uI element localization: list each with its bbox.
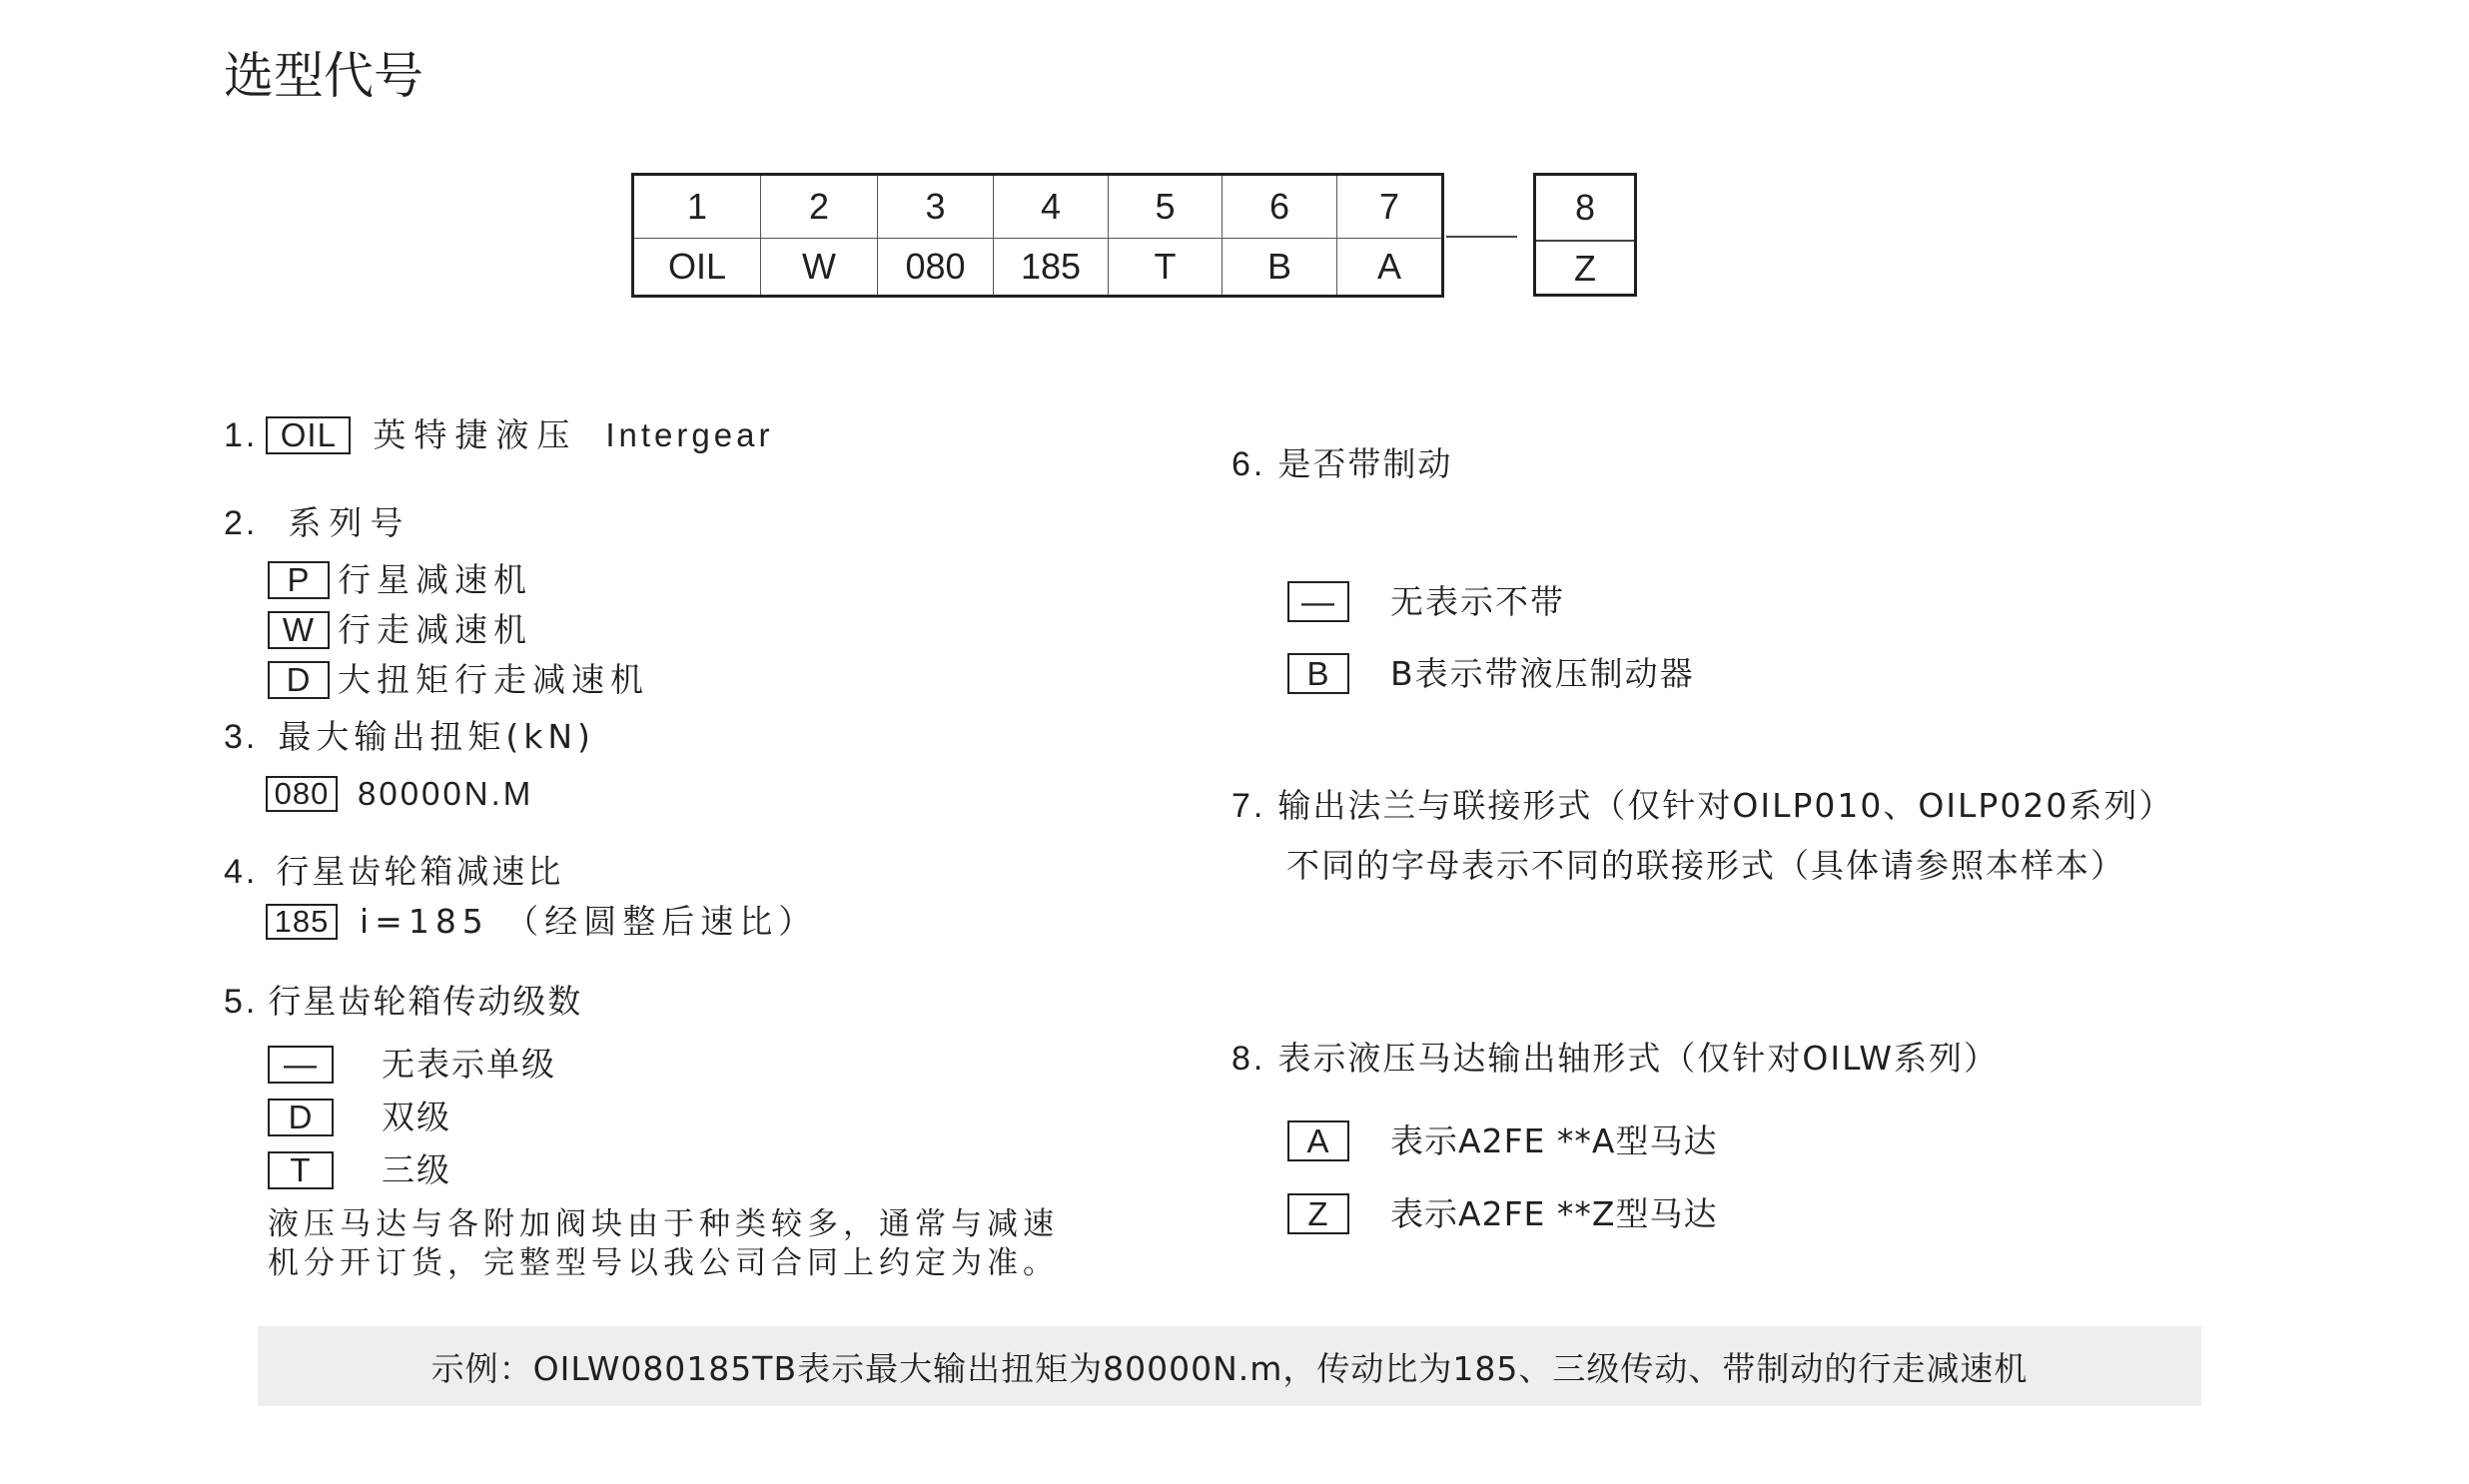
item-text: 不同的字母表示不同的联接形式（具体请参照本样本）	[1286, 846, 2125, 886]
option-row: D 双级	[268, 1098, 451, 1137]
item-number: 8.	[1232, 1039, 1265, 1079]
value-cell: B	[1223, 239, 1337, 297]
brand-name: Intergear	[605, 415, 773, 455]
item-label: 输出法兰与联接形式（仅针对OILP010、OILP020系列）	[1277, 786, 2173, 826]
value-cell: OIL	[633, 239, 761, 297]
code-box: B	[1287, 653, 1349, 694]
option-text: 80000N.M	[358, 774, 533, 814]
option-row: Z 表示A2FE **Z型马达	[1287, 1193, 1718, 1234]
item-label: 行星齿轮箱传动级数	[268, 982, 582, 1022]
option-text: 三级	[382, 1150, 451, 1190]
note-line: 机分开订货，完整型号以我公司合同上约定为准。	[268, 1244, 1059, 1283]
code-box: T	[268, 1151, 334, 1189]
option-text: 无表示不带	[1390, 582, 1565, 622]
option-row: T 三级	[268, 1150, 451, 1190]
item-label: 表示液压马达输出轴形式（仅针对OILW系列）	[1277, 1039, 1999, 1079]
position-cell: 6	[1223, 175, 1337, 239]
item-number: 2.	[224, 503, 258, 543]
code-box: OIL	[266, 416, 351, 454]
item-text: 英特捷液压	[373, 415, 577, 455]
option-row: D 大扭矩行走减速机	[268, 660, 649, 700]
item-8: 8. 表示液压马达输出轴形式（仅针对OILW系列）	[1232, 1039, 1999, 1079]
note-line: 液压马达与各附加阀块由于种类较多，通常与减速	[268, 1205, 1059, 1244]
code-box: A	[1287, 1120, 1349, 1161]
position-cell: 5	[1109, 175, 1223, 239]
code-box: D	[268, 661, 330, 699]
example-text: 示例：OILW080185TB表示最大输出扭矩为80000N.m，传动比为185…	[431, 1343, 2029, 1390]
value-cell: Z	[1536, 242, 1634, 296]
option-row: W 行走减速机	[268, 610, 532, 650]
option-row: 080 80000N.M	[266, 774, 533, 814]
option-text: 表示A2FE **A型马达	[1390, 1121, 1717, 1161]
item-3: 3. 最大输出扭矩(kN)	[224, 717, 595, 757]
item-6: 6. 是否带制动	[1232, 444, 1452, 484]
item-2: 2. 系列号	[224, 503, 411, 543]
option-text: 无表示单级	[382, 1045, 556, 1085]
item-number: 3.	[224, 717, 258, 757]
separator-dash	[1446, 236, 1517, 238]
option-row: — 无表示单级	[268, 1045, 556, 1085]
option-text: 表示A2FE **Z型马达	[1390, 1194, 1718, 1234]
option-row: A 表示A2FE **A型马达	[1287, 1120, 1717, 1161]
position-cell: 7	[1337, 175, 1443, 239]
option-text: 大扭矩行走减速机	[338, 660, 649, 700]
code-box: —	[268, 1046, 334, 1084]
value-row: OIL W 080 185 T B A	[633, 239, 1443, 297]
item-number: 4.	[224, 852, 258, 892]
option-text: 双级	[382, 1098, 451, 1137]
extra-code-box: 8 Z	[1533, 173, 1637, 297]
option-row: B B表示带液压制动器	[1287, 653, 1695, 694]
code-box: 080	[266, 776, 338, 812]
position-cell: 8	[1536, 176, 1634, 242]
item-label: 系列号	[288, 503, 411, 543]
option-row: P 行星减速机	[268, 560, 532, 600]
code-box: —	[1287, 581, 1349, 622]
item-label: 行星齿轮箱减速比	[276, 852, 563, 892]
value-cell: T	[1109, 239, 1223, 297]
item-number: 6.	[1232, 444, 1265, 484]
item-7: 7. 输出法兰与联接形式（仅针对OILP010、OILP020系列）	[1232, 786, 2173, 826]
value-cell: 185	[994, 239, 1109, 297]
item-label: 最大输出扭矩(kN)	[278, 717, 595, 757]
position-cell: 3	[878, 175, 994, 239]
option-text: 行走减速机	[338, 610, 532, 650]
model-code-table: 1 2 3 4 5 6 7 OIL W 080 185 T B A	[631, 173, 1444, 298]
option-row: — 无表示不带	[1287, 581, 1565, 622]
code-box: 185	[266, 904, 338, 940]
item-label: 是否带制动	[1277, 444, 1452, 484]
value-cell: 080	[878, 239, 994, 297]
option-text: i=185 （经圆整后速比）	[360, 902, 817, 942]
position-cell: 2	[761, 175, 878, 239]
value-cell: W	[761, 239, 878, 297]
option-text: B表示带液压制动器	[1390, 654, 1695, 694]
item-5: 5. 行星齿轮箱传动级数	[224, 982, 582, 1022]
code-box: Z	[1287, 1193, 1349, 1234]
item-4: 4. 行星齿轮箱减速比	[224, 852, 563, 892]
position-cell: 1	[633, 175, 761, 239]
option-text: 行星减速机	[338, 560, 532, 600]
item-number: 7.	[1232, 786, 1265, 826]
value-cell: A	[1337, 239, 1443, 297]
page-title: 选型代号	[224, 46, 423, 106]
item-1: 1. OIL 英特捷液压 Intergear	[224, 415, 773, 455]
code-box: D	[268, 1099, 334, 1136]
code-box: P	[268, 561, 330, 599]
item-number: 5.	[224, 982, 258, 1022]
code-box: W	[268, 611, 330, 649]
option-row: 185 i=185 （经圆整后速比）	[266, 902, 817, 942]
position-cell: 4	[994, 175, 1109, 239]
item-number: 1.	[224, 415, 258, 455]
position-row: 1 2 3 4 5 6 7	[633, 175, 1443, 239]
example-banner: 示例：OILW080185TB表示最大输出扭矩为80000N.m，传动比为185…	[258, 1326, 2201, 1406]
item-7-line2: 不同的字母表示不同的联接形式（具体请参照本样本）	[1286, 846, 2125, 886]
